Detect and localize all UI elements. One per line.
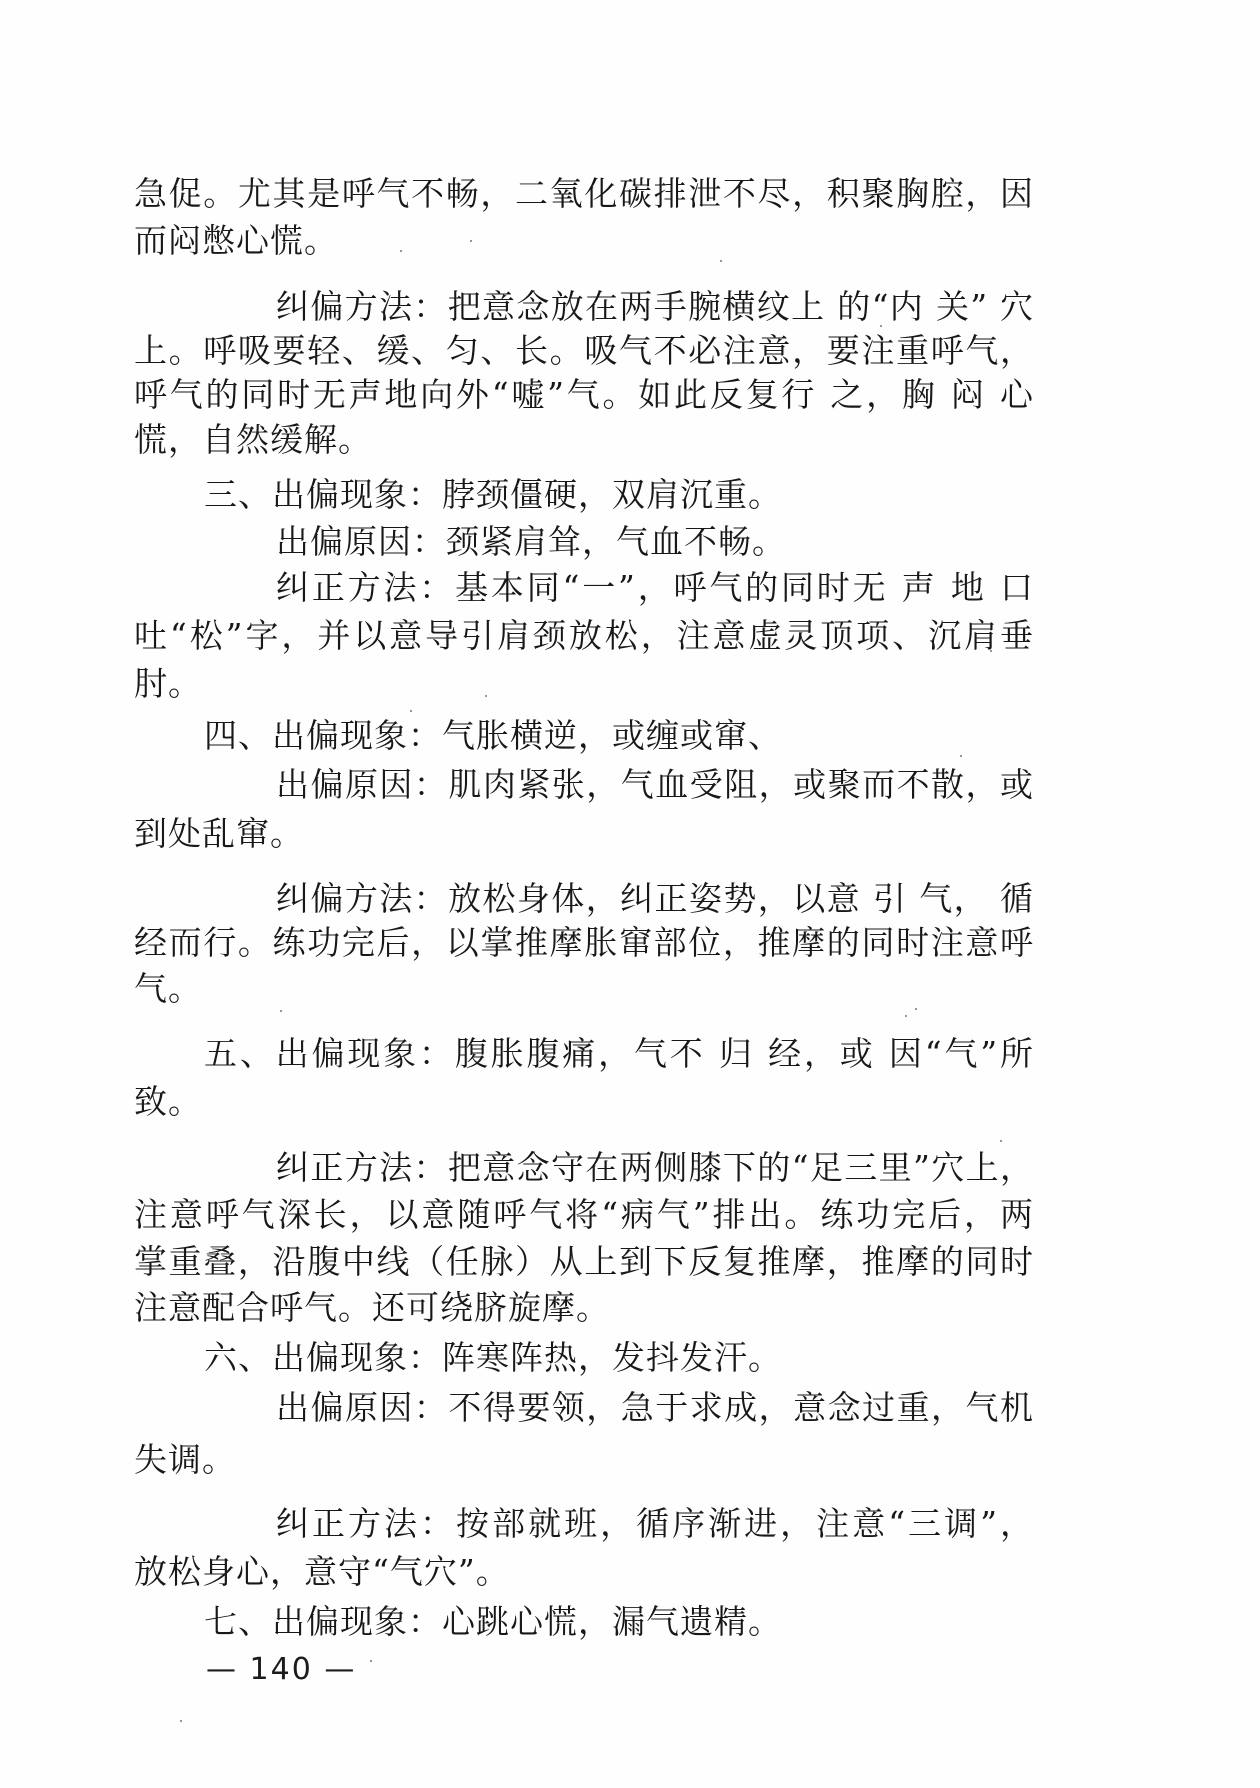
scan-speck: [915, 1008, 917, 1010]
section-heading-6: 六、出偏现象：阵寒阵热，发抖发汗。: [204, 1336, 782, 1380]
correction-method: 纠正方法：基本同“一”，呼气的同时无 声 地 口: [276, 566, 1034, 610]
text-line: 注意配合呼气。还可绕脐旋摩。: [134, 1286, 610, 1330]
correction-method: 纠正方法：把意念守在两侧膝下的“足三里”穴上，: [276, 1146, 1034, 1190]
scan-speck: [960, 755, 962, 757]
section-heading-4: 四、出偏现象：气胀横逆，或缠或窜、: [204, 714, 782, 758]
page-number: — 140 —: [206, 1650, 356, 1690]
text-line: 而闷憋心慌。: [134, 219, 338, 263]
scan-speck: [1000, 1140, 1002, 1142]
scan-speck: [880, 325, 882, 327]
text-line: 致。: [134, 1080, 202, 1124]
scan-speck: [485, 695, 487, 697]
text-line: 上。呼吸要轻、缓、匀、长。吸气不必注意，要注重呼气，: [134, 329, 1034, 373]
scan-speck: [720, 260, 722, 262]
text-line: 注意呼气深长，以意随呼气将“病气”排出。练功完后，两: [134, 1193, 1034, 1237]
text-line: 经而行。练功完后，以掌推摩胀窜部位，推摩的同时注意呼: [134, 921, 1034, 965]
text-line: 到处乱窜。: [134, 812, 304, 856]
scan-speck: [905, 1015, 907, 1017]
scan-speck: [990, 650, 992, 652]
correction-method: 纠偏方法：放松身体，纠正姿势，以意 引 气， 循: [276, 877, 1034, 921]
paragraph-correction-method: 纠偏方法：把意念放在两手腕横纹上 的“内 关” 穴: [276, 285, 1034, 329]
scan-speck: [280, 1010, 282, 1012]
deviation-cause: 出偏原因：颈紧肩耸，气血不畅。: [276, 520, 786, 564]
text-line: 掌重叠，沿腹中线（任脉）从上到下反复推摩，推摩的同时: [134, 1240, 1034, 1284]
section-heading-5: 五、出偏现象：腹胀腹痛，气不 归 经，或 因“气”所: [204, 1032, 1034, 1076]
scan-speck: [400, 250, 402, 252]
text-line: 气。: [134, 967, 202, 1011]
scan-speck: [410, 710, 412, 712]
text-line: 失调。: [134, 1438, 236, 1482]
book-page: 急促。尤其是呼气不畅，二氧化碳排泄不尽，积聚胸腔，因 而闷憋心慌。 纠偏方法：把…: [0, 0, 1260, 1788]
scan-speck: [370, 1660, 372, 1662]
section-heading-7: 七、出偏现象：心跳心慌，漏气遗精。: [204, 1600, 782, 1644]
section-heading-3: 三、出偏现象：脖颈僵硬，双肩沉重。: [204, 473, 782, 517]
deviation-cause: 出偏原因：不得要领，急于求成，意念过重，气机: [276, 1386, 1034, 1430]
text-line: 放松身心，意守“气穴”。: [134, 1550, 510, 1594]
scan-speck: [470, 240, 472, 242]
scan-speck: [180, 1720, 182, 1722]
text-line: 急促。尤其是呼气不畅，二氧化碳排泄不尽，积聚胸腔，因: [134, 172, 1034, 216]
text-line: 肘。: [134, 662, 202, 706]
correction-method: 纠正方法：按部就班，循序渐进，注意“三调”，: [276, 1502, 1034, 1546]
text-line: 慌，自然缓解。: [134, 418, 372, 462]
text-line: 吐“松”字，并以意导引肩颈放松，注意虚灵顶项、沉肩垂: [134, 614, 1034, 658]
text-line: 呼气的同时无声地向外“嘘”气。如此反复行 之，胸 闷 心: [134, 373, 1034, 417]
deviation-cause: 出偏原因：肌肉紧张，气血受阻，或聚而不散，或: [276, 763, 1034, 807]
